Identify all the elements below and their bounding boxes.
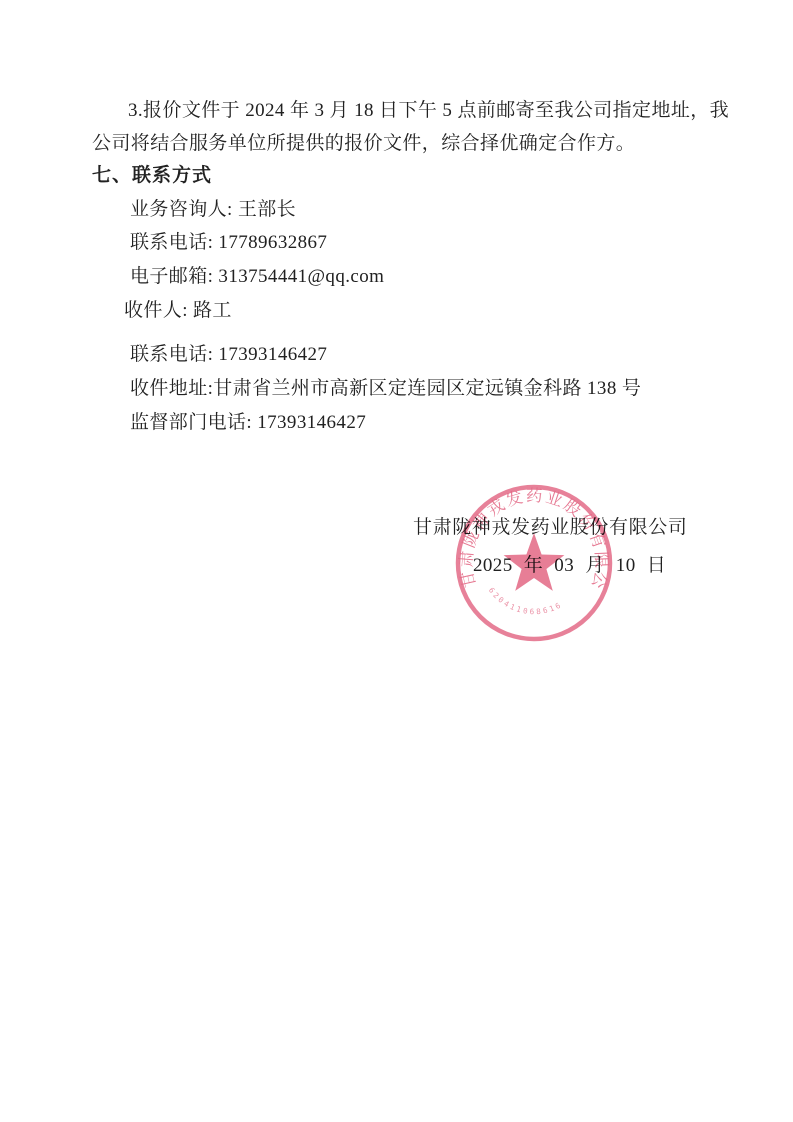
contact-row-phone: 联系电话: 17789632867 (130, 232, 327, 255)
contact-row-email: 电子邮箱: 313754441@qq.com (130, 266, 384, 289)
signature-date: 2025 年 03 月 10 日 (473, 555, 666, 578)
contact-row-recipient-phone: 联系电话: 17393146427 (130, 344, 327, 367)
seal-code: 620411068616 (487, 586, 564, 617)
document-page: 3.报价文件于 2024 年 3 月 18 日下午 5 点前邮寄至我公司指定地址… (0, 0, 793, 1122)
paragraph-line-2: 公司将结合服务单位所提供的报价文件，综合择优确定合作方。 (92, 133, 635, 156)
contact-row-recipient: 收件人: 路工 (124, 300, 232, 323)
contact-row-supervision-phone: 监督部门电话: 17393146427 (130, 412, 366, 435)
contact-row-address: 收件地址:甘肃省兰州市高新区定连园区定远镇金科路 138 号 (130, 378, 641, 401)
contact-row-consultant: 业务咨询人: 王部长 (130, 199, 296, 222)
section-heading: 七、联系方式 (92, 165, 212, 188)
paragraph-line-1: 3.报价文件于 2024 年 3 月 18 日下午 5 点前邮寄至我公司指定地址… (128, 100, 729, 123)
company-name: 甘肃陇神戎发药业股份有限公司 (413, 517, 687, 540)
